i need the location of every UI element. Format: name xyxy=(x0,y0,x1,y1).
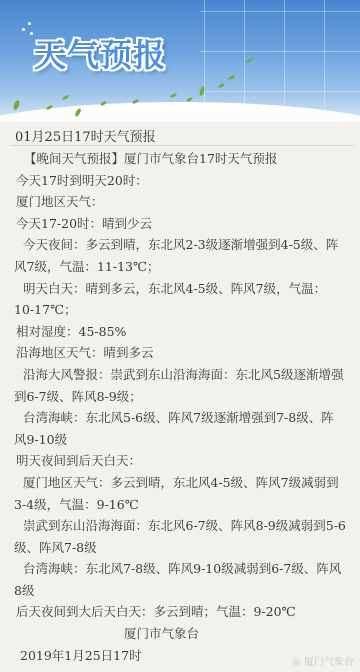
forecast-paragraph: 今天夜间：多云到晴，东北风2-3级逐渐增强到4-5级、阵风7级，气温：11-13… xyxy=(0,234,352,277)
forecast-paragraph: 后天夜间到大后天白天：多云到晴；气温：9-20℃ xyxy=(0,601,352,623)
issuer-signature: 厦门市气象台 xyxy=(0,623,352,645)
forecast-paragraph: 台湾海峡：东北风7-8级、阵风9-10级减弱到6-7级、阵风8级 xyxy=(0,558,352,601)
forecast-paragraph: 明天白天：晴到多云，东北风4-5级、阵风7级，气温：10-17℃； xyxy=(0,278,352,321)
forecast-paragraph: 厦门地区天气： xyxy=(0,191,352,213)
leaf-icon xyxy=(170,92,178,98)
forecast-paragraph: 沿海大风警报：崇武到东山沿海海面：东北风5级逐渐增强到6-7级、阵风8-9级； xyxy=(0,364,352,407)
forecast-paragraph: 厦门地区天气：多云到晴，东北风4-5级、阵风7级减弱到3-4级，气温：9-16℃ xyxy=(0,472,352,515)
header-banner: 天气预报 xyxy=(0,0,360,122)
sparkle-icon xyxy=(28,22,31,25)
sparkle-icon xyxy=(22,28,25,31)
forecast-paragraph: 崇武到东山沿海海面：东北风6-7级、阵风8-9级减弱到5-6级、阵风7-8级 xyxy=(0,515,352,558)
forecast-paragraph: 今天17-20时：晴到少云 xyxy=(0,213,352,235)
forecast-headline: 【晚间天气预报】厦门市气象台17时天气预报 xyxy=(0,148,352,170)
watermark: ◎ 厦门气象台 xyxy=(292,653,354,668)
sparkle-icon xyxy=(30,32,33,35)
forecast-paragraph: 沿海地区天气：晴到多云 xyxy=(0,342,352,364)
leaf-icon xyxy=(12,99,20,110)
forecast-body: 【晚间天气预报】厦门市气象台17时天气预报 今天17时到明天20时： 厦门地区天… xyxy=(0,148,352,666)
forecast-paragraph: 台湾海峡：东北风5-6级、阵风7级逐渐增强到7-8级、阵风9-10级 xyxy=(0,407,352,450)
page-subtitle: 01月25日17时天气预报 xyxy=(15,126,156,145)
divider xyxy=(10,145,355,146)
forecast-paragraph: 相对湿度：45-85% xyxy=(0,321,352,343)
forecast-paragraph: 今天17时到明天20时： xyxy=(0,170,352,192)
leaf-icon xyxy=(62,94,70,100)
banner-grid-decoration xyxy=(200,0,360,110)
forecast-paragraph: 明天夜间到后天白天： xyxy=(0,450,352,472)
banner-title: 天气预报 xyxy=(34,30,166,76)
